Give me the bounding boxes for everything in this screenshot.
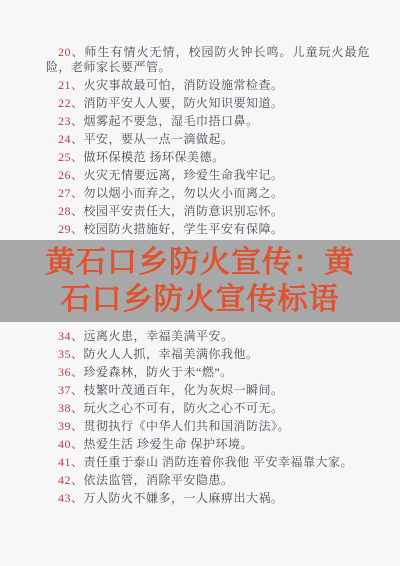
item-number: 38、 [58,401,84,415]
list-item: 26、火灾无情要远离，珍爱生命我牢记。 [46,168,370,183]
item-text: 烟雾起不要急，湿毛巾捂口鼻。 [84,114,259,128]
item-number: 24、 [58,132,84,146]
fire-slogan-list-top: 20、师生有情火无情，校园防火钟长鸣。儿童玩火最危险，老师家长要严管。21、火灾… [46,45,370,237]
item-text: 校园防火措施好，学生平安有保障。 [84,222,284,236]
item-text: 珍爱森林，防火于未“燃”。 [84,365,233,379]
list-item: 29、校园防火措施好，学生平安有保障。 [46,222,370,237]
item-number: 40、 [58,437,84,451]
list-item: 22、消防平安人人要，防火知识要知道。 [46,96,370,111]
item-text: 勿以烟小而弃之，勿以火小而离之。 [84,186,284,200]
item-text: 师生有情火无情，校园防火钟长鸣。儿童玩火最危险，老师家长要严管。 [46,45,370,74]
list-item: 24、平安，要从一点一滴做起。 [46,132,370,147]
item-text: 平安，要从一点一滴做起。 [84,132,234,146]
item-number: 37、 [58,383,84,397]
item-number: 23、 [58,114,84,128]
item-text: 远离火患，幸福美满平安。 [84,329,234,343]
item-number: 43、 [58,491,84,505]
list-item: 40、热爱生活 珍爱生命 保护环境。 [46,437,370,452]
item-number: 27、 [58,186,84,200]
list-item: 28、校园平安责任大，消防意识别忘怀。 [46,204,370,219]
list-item: 27、勿以烟小而弃之，勿以火小而离之。 [46,186,370,201]
item-text: 万人防火不嫌多，一人麻痹出大祸。 [84,491,284,505]
item-text: 依法监管，消除平安隐患。 [84,473,234,487]
item-text: 贯彻执行《中华人们共和国消防法》。 [84,419,291,433]
list-item: 25、做环保模范 扬环保美德。 [46,150,370,165]
item-text: 枝繁叶茂通百年，化为灰烬一瞬间。 [84,383,284,397]
item-number: 41、 [58,455,84,469]
item-number: 22、 [58,96,84,110]
item-number: 20、 [58,45,85,59]
item-text: 防火人人抓，幸福美满你我他。 [84,347,259,361]
list-item: 35、防火人人抓，幸福美满你我他。 [46,347,370,362]
fire-slogan-list-bottom: 34、远离火患，幸福美满平安。35、防火人人抓，幸福美满你我他。36、珍爱森林，… [46,329,370,506]
item-text: 消防平安人人要，防火知识要知道。 [84,96,284,110]
list-item: 23、烟雾起不要急，湿毛巾捂口鼻。 [46,114,370,129]
item-text: 做环保模范 扬环保美德。 [84,150,225,164]
item-number: 21、 [58,78,84,92]
list-item: 21、火灾事故最可怕，消防设施常检查。 [46,78,370,93]
article-page: 20、师生有情火无情，校园防火钟长鸣。儿童玩火最危险，老师家长要严管。21、火灾… [0,0,400,566]
list-item: 34、远离火患，幸福美满平安。 [46,329,370,344]
item-text: 责任重于泰山 消防连着你我他 平安幸福靠大家。 [84,455,354,469]
item-number: 29、 [58,222,84,236]
item-text: 火灾无情要远离，珍爱生命我牢记。 [84,168,284,182]
item-text: 校园平安责任大，消防意识别忘怀。 [84,204,284,218]
item-number: 25、 [58,150,84,164]
list-item: 37、枝繁叶茂通百年，化为灰烬一瞬间。 [46,383,370,398]
list-item: 38、玩火之心不可有，防火之心不可无。 [46,401,370,416]
item-number: 36、 [58,365,84,379]
list-item: 39、贯彻执行《中华人们共和国消防法》。 [46,419,370,434]
list-item: 41、责任重于泰山 消防连着你我他 平安幸福靠大家。 [46,455,370,470]
list-item: 20、师生有情火无情，校园防火钟长鸣。儿童玩火最危险，老师家长要严管。 [46,45,370,75]
item-number: 35、 [58,347,84,361]
item-number: 26、 [58,168,84,182]
item-text: 热爱生活 珍爱生命 保护环境。 [84,437,254,451]
item-number: 42、 [58,473,84,487]
item-number: 39、 [58,419,84,433]
list-item: 43、万人防火不嫌多，一人麻痹出大祸。 [46,491,370,506]
overlay-title: 黄石口乡防火宣传：黄石口乡防火宣传标语 [33,244,367,318]
item-number: 28、 [58,204,84,218]
item-text: 玩火之心不可有，防火之心不可无。 [84,401,284,415]
item-number: 34、 [58,329,84,343]
title-overlay-band: 黄石口乡防火宣传：黄石口乡防火宣传标语 [0,240,400,322]
list-item: 42、依法监管，消除平安隐患。 [46,473,370,488]
slogan-article: 20、师生有情火无情，校园防火钟长鸣。儿童玩火最危险，老师家长要严管。21、火灾… [0,0,400,506]
item-text: 火灾事故最可怕，消防设施常检查。 [84,78,284,92]
list-item: 36、珍爱森林，防火于未“燃”。 [46,365,370,380]
